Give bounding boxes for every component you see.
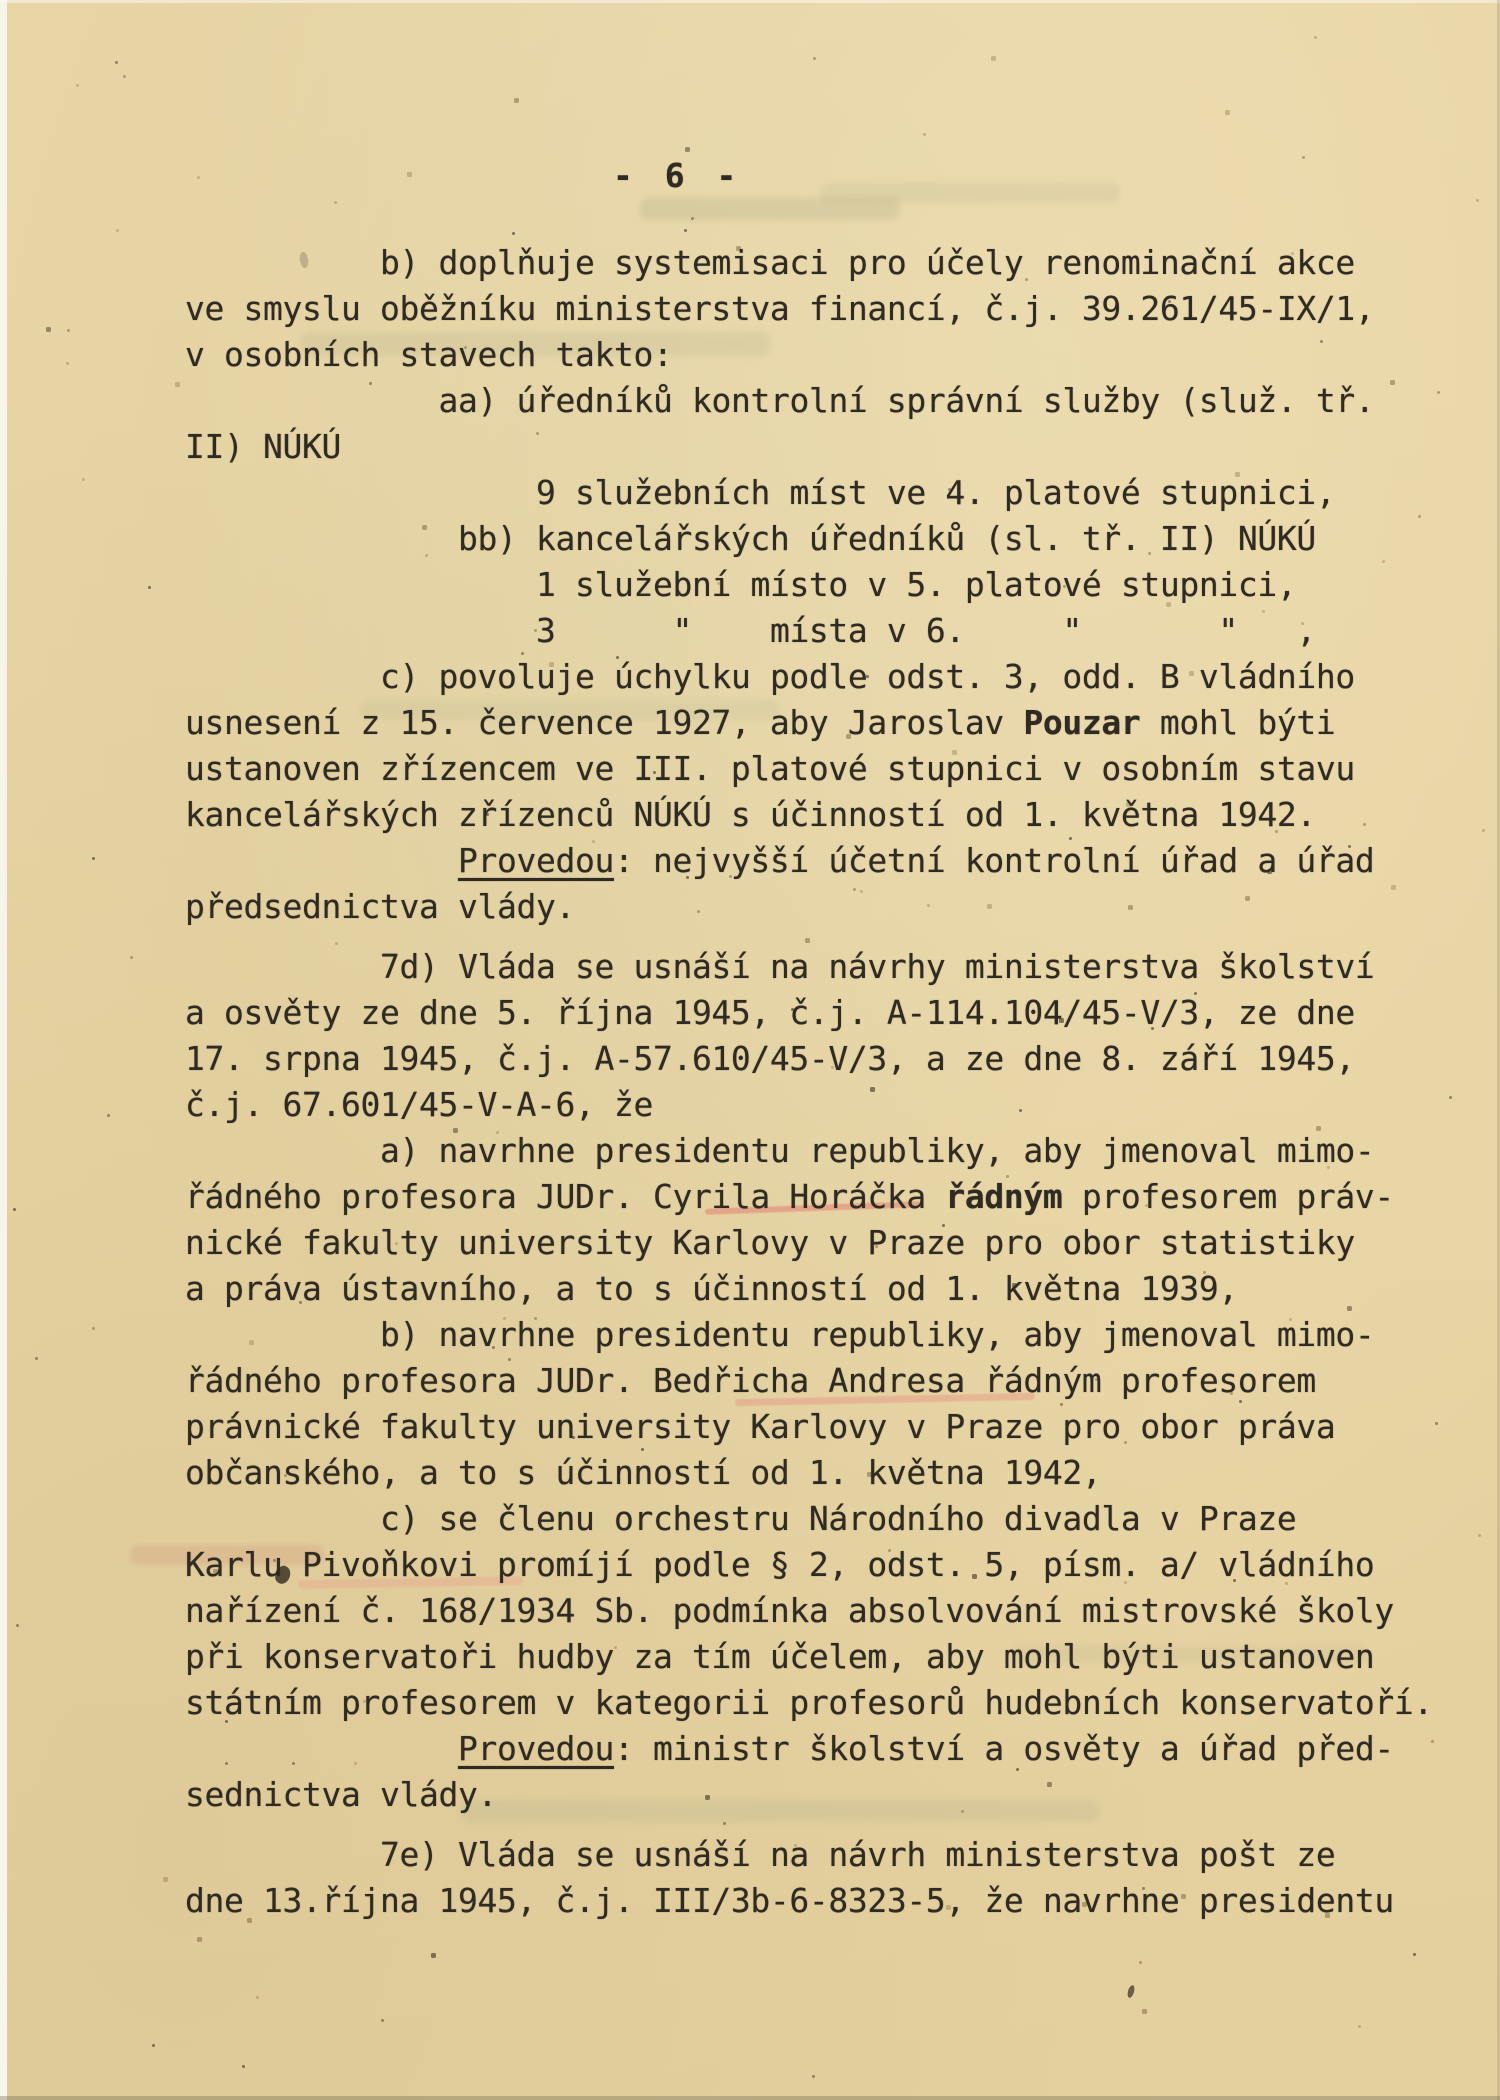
text-line: bb) kancelářských úředníků (sl. tř. II) … bbox=[185, 516, 1485, 562]
text-segment: a osvěty ze dne 5. října 1945, č.j. A-11… bbox=[185, 993, 1355, 1032]
text-line: ustanoven zřízencem ve III. platové stup… bbox=[185, 746, 1485, 792]
page-number: - 6 - bbox=[613, 156, 742, 195]
text-line: právnické fakulty university Karlovy v P… bbox=[185, 1404, 1485, 1450]
text-segment: 7e) Vláda se usnáší na návrh ministerstv… bbox=[380, 1835, 1335, 1874]
text-segment: dne 13.října 1945, č.j. III/3b-6-8323-5,… bbox=[185, 1881, 1394, 1920]
scan-edge-bottom bbox=[0, 2096, 1500, 2100]
text-line: b) navrhne presidentu republiky, aby jme… bbox=[185, 1312, 1485, 1358]
document-page: - 6 - b) doplňuje systemisaci pro účely … bbox=[0, 0, 1500, 2100]
ink-blot bbox=[1126, 1984, 1135, 1998]
text-segment: profesorem práv- bbox=[1062, 1177, 1393, 1216]
text-segment: občanského, a to s účinností od 1. květn… bbox=[185, 1453, 1101, 1492]
text-line: c) povoluje úchylku podle odst. 3, odd. … bbox=[185, 654, 1485, 700]
text-line: nařízení č. 168/1934 Sb. podmínka absolv… bbox=[185, 1588, 1485, 1634]
text-segment: : nejvyšší účetní kontrolní úřad a úřad bbox=[614, 841, 1374, 880]
text-line: občanského, a to s účinností od 1. květn… bbox=[185, 1450, 1485, 1496]
text-line: 9 služebních míst ve 4. platové stupnici… bbox=[185, 470, 1485, 516]
emphasized-text: Pouzar bbox=[1023, 703, 1140, 742]
text-line: c) se členu orchestru Národního divadla … bbox=[185, 1496, 1485, 1542]
text-segment: a) navrhne presidentu republiky, aby jme… bbox=[380, 1131, 1374, 1170]
text-segment: usnesení z 15. července 1927, aby Jarosl… bbox=[185, 703, 1023, 742]
text-line: dne 13.října 1945, č.j. III/3b-6-8323-5,… bbox=[185, 1878, 1485, 1924]
text-segment: sednictva vlády. bbox=[185, 1775, 497, 1814]
text-line: Provedou: nejvyšší účetní kontrolní úřad… bbox=[185, 838, 1485, 884]
text-segment: č.j. 67.601/45-V-A-6, že bbox=[185, 1085, 653, 1124]
text-segment: státním profesorem v kategorii profesorů… bbox=[185, 1683, 1433, 1722]
text-line: 17. srpna 1945, č.j. A-57.610/45-V/3, a … bbox=[185, 1036, 1485, 1082]
text-segment: b) navrhne presidentu republiky, aby jme… bbox=[380, 1315, 1374, 1354]
text-segment: c) povoluje úchylku podle odst. 3, odd. … bbox=[380, 657, 1355, 696]
text-line: a) navrhne presidentu republiky, aby jme… bbox=[185, 1128, 1485, 1174]
text-line: aa) úředníků kontrolní správní služby (s… bbox=[185, 378, 1485, 424]
text-segment: mohl býti bbox=[1140, 703, 1335, 742]
text-segment: ustanoven zřízencem ve III. platové stup… bbox=[185, 749, 1355, 788]
text-line: kancelářských zřízenců NÚKÚ s účinností … bbox=[185, 792, 1485, 838]
text-segment: b) doplňuje systemisaci pro účely renomi… bbox=[380, 243, 1355, 282]
text-segment: při konservatoři hudby za tím účelem, ab… bbox=[185, 1637, 1374, 1676]
text-line: usnesení z 15. července 1927, aby Jarosl… bbox=[185, 700, 1485, 746]
scan-edge-top bbox=[0, 0, 1500, 3]
bleed-through-mark bbox=[640, 198, 900, 220]
text-line: řádného profesora JUDr. Cyrila Horáčka ř… bbox=[185, 1174, 1485, 1220]
text-line: Provedou: ministr školství a osvěty a úř… bbox=[185, 1726, 1485, 1772]
text-segment: 1 služební místo v 5. platové stupnici, bbox=[536, 565, 1296, 604]
text-line: Karlu Pivoňkovi promíjí podle § 2, odst.… bbox=[185, 1542, 1485, 1588]
emphasized-text: řádným bbox=[945, 1177, 1062, 1216]
text-line: nické fakulty university Karlovy v Praze… bbox=[185, 1220, 1485, 1266]
text-segment: aa) úředníků kontrolní správní služby (s… bbox=[438, 381, 1374, 420]
text-line: 7e) Vláda se usnáší na návrh ministerstv… bbox=[185, 1832, 1485, 1878]
text-segment: předsednictva vlády. bbox=[185, 887, 575, 926]
text-line: ve smyslu oběžníku ministerstva financí,… bbox=[185, 286, 1485, 332]
underlined-text: Provedou bbox=[458, 1729, 614, 1768]
text-segment: řádného profesora JUDr. Bedřicha Andresa… bbox=[185, 1361, 1316, 1400]
scan-edge-left bbox=[0, 0, 7, 2100]
text-line: státním profesorem v kategorii profesorů… bbox=[185, 1680, 1485, 1726]
text-segment: právnické fakulty university Karlovy v P… bbox=[185, 1407, 1335, 1446]
text-segment: c) se členu orchestru Národního divadla … bbox=[380, 1499, 1296, 1538]
underlined-text: Provedou bbox=[458, 841, 614, 880]
document-text: b) doplňuje systemisaci pro účely renomi… bbox=[185, 240, 1485, 1924]
text-line: v osobních stavech takto: bbox=[185, 332, 1485, 378]
text-segment: 3 " místa v 6. " " , bbox=[536, 611, 1316, 650]
text-segment: : ministr školství a osvěty a úřad před- bbox=[614, 1729, 1394, 1768]
text-segment: II) NÚKÚ bbox=[185, 427, 341, 466]
text-segment: kancelářských zřízenců NÚKÚ s účinností … bbox=[185, 795, 1316, 834]
text-segment: nické fakulty university Karlovy v Praze… bbox=[185, 1223, 1355, 1262]
text-line: řádného profesora JUDr. Bedřicha Andresa… bbox=[185, 1358, 1485, 1404]
text-line: 1 služební místo v 5. platové stupnici, bbox=[185, 562, 1485, 608]
text-segment: 7d) Vláda se usnáší na návrhy ministerst… bbox=[380, 947, 1374, 986]
text-line: sednictva vlády. bbox=[185, 1772, 1485, 1818]
text-line: a práva ústavního, a to s účinností od 1… bbox=[185, 1266, 1485, 1312]
text-segment: ve smyslu oběžníku ministerstva financí,… bbox=[185, 289, 1374, 328]
text-line: II) NÚKÚ bbox=[185, 424, 1485, 470]
bleed-through-mark bbox=[820, 183, 1120, 203]
text-segment: a práva ústavního, a to s účinností od 1… bbox=[185, 1269, 1238, 1308]
text-line: 3 " místa v 6. " " , bbox=[185, 608, 1485, 654]
text-segment: Karlu Pivoňkovi promíjí podle § 2, odst.… bbox=[185, 1545, 1374, 1584]
text-segment: 9 služebních míst ve 4. platové stupnici… bbox=[536, 473, 1335, 512]
text-segment: řádného profesora JUDr. Cyrila Horáčka bbox=[185, 1177, 945, 1216]
text-segment: 17. srpna 1945, č.j. A-57.610/45-V/3, a … bbox=[185, 1039, 1355, 1078]
text-line: 7d) Vláda se usnáší na návrhy ministerst… bbox=[185, 944, 1485, 990]
text-line: a osvěty ze dne 5. října 1945, č.j. A-11… bbox=[185, 990, 1485, 1036]
text-segment: bb) kancelářských úředníků (sl. tř. II) … bbox=[458, 519, 1316, 558]
text-line: předsednictva vlády. bbox=[185, 884, 1485, 930]
text-segment: nařízení č. 168/1934 Sb. podmínka absolv… bbox=[185, 1591, 1394, 1630]
text-line: č.j. 67.601/45-V-A-6, že bbox=[185, 1082, 1485, 1128]
text-segment: v osobních stavech takto: bbox=[185, 335, 672, 374]
text-line: b) doplňuje systemisaci pro účely renomi… bbox=[185, 240, 1485, 286]
text-line: při konservatoři hudby za tím účelem, ab… bbox=[185, 1634, 1485, 1680]
